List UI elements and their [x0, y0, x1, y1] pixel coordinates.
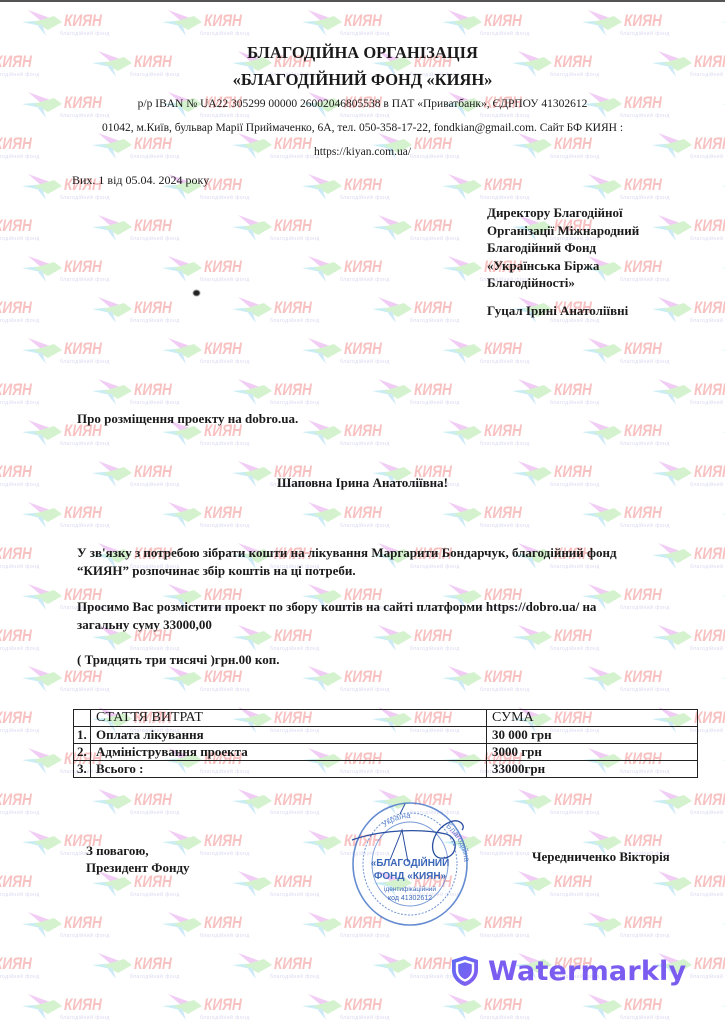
addressee-block: Директору Благодійної Організації Міжнар…	[487, 204, 639, 292]
letter-subject: Про розміщення проекту на dobro.ua.	[77, 411, 298, 427]
svg-text:ідентифікаційний: ідентифікаційний	[384, 885, 436, 893]
body-line: “КИЯН” розпочинає збір коштів на ці потр…	[77, 562, 677, 580]
amount-in-words: ( Тридцять три тисячі )грн.00 коп.	[77, 651, 677, 669]
watermarkly-label: Watermarkly	[488, 956, 686, 987]
addressee-name: Гуцал Ірині Анатоліївні	[487, 303, 628, 319]
body-paragraph-2: Просимо Вас розмістити проект по збору к…	[77, 598, 677, 634]
shield-icon	[450, 955, 480, 987]
org-title-line2: «БЛАГОДІЙНИЙ ФОНД «КИЯН»	[0, 70, 725, 90]
org-title-line1: БЛАГОДІЙНА ОРГАНІЗАЦІЯ	[0, 43, 725, 63]
ink-speck	[193, 290, 200, 296]
svg-text:Україна: Україна	[380, 811, 411, 829]
signer-position: Президент Фонду	[86, 859, 190, 876]
row-item: Всього :	[91, 761, 487, 778]
table-row: 3. Всього : 33000грн	[74, 761, 698, 778]
table-row: 1. Оплата лікування 30 000 грн	[74, 727, 698, 744]
row-sum: 30 000 грн	[487, 727, 698, 744]
body-line: У зв'язку з потребою зібрати кошти на лі…	[77, 544, 677, 562]
row-item: Оплата лікування	[91, 727, 487, 744]
costs-table: СТАТТЯ ВИТРАТ СУМА 1. Оплата лікування 3…	[73, 709, 698, 778]
svg-text:код 41302612: код 41302612	[388, 895, 432, 902]
bank-details: р/р IBAN № UA22 305299 00000 26002046805…	[0, 98, 725, 110]
body-paragraph-1: У зв'язку з потребою зібрати кошти на лі…	[77, 544, 677, 580]
header-item: СТАТТЯ ВИТРАТ	[91, 710, 487, 727]
body-line: Просимо Вас розмістити проект по збору к…	[77, 598, 677, 616]
body-line: загальну суму 33000,00	[77, 616, 677, 634]
table-row: 2. Адміністрування проекта 3000 грн	[74, 744, 698, 761]
addressee-line: «Українська Біржа	[487, 257, 639, 275]
org-address: 01042, м.Київ, бульвар Марії Приймаченко…	[0, 122, 725, 134]
row-sum: 33000грн	[487, 761, 698, 778]
addressee-line: Благодійний Фонд	[487, 239, 639, 257]
svg-text:ФОНД «КИЯН»: ФОНД «КИЯН»	[374, 871, 447, 882]
closing: З повагою,	[86, 842, 190, 859]
row-num: 3.	[74, 761, 91, 778]
row-num: 1.	[74, 727, 91, 744]
org-website: https://kiyan.com.ua/	[0, 146, 725, 158]
header-num	[74, 710, 91, 727]
table-header-row: СТАТТЯ ВИТРАТ СУМА	[74, 710, 698, 727]
row-num: 2.	[74, 744, 91, 761]
header-sum: СУМА	[487, 710, 698, 727]
signature-block: З повагою, Президент Фонду	[86, 842, 190, 876]
salutation: Шаповна Ірина Анатоліївна!	[0, 475, 725, 491]
row-sum: 3000 грн	[487, 744, 698, 761]
addressee-line: Благодійності»	[487, 274, 639, 292]
signer-name: Чередниченко Вікторія	[532, 849, 670, 865]
svg-text:«БЛАГОДІЙНИЙ: «БЛАГОДІЙНИЙ	[371, 856, 450, 869]
letter-page: БЛАГОДІЙНА ОРГАНІЗАЦІЯ «БЛАГОДІЙНИЙ ФОНД…	[0, 0, 725, 1024]
official-stamp: Україна Благодійна «БЛАГОДІЙНИЙ ФОНД «КИ…	[350, 800, 470, 928]
addressee-line: Організації Міжнародний	[487, 222, 639, 240]
outgoing-reference: Вих. 1 від 05.04. 2024 року	[72, 173, 209, 188]
row-item: Адміністрування проекта	[91, 744, 487, 761]
watermarkly-overlay: Watermarkly	[450, 955, 686, 987]
stamp-seal-icon: Україна Благодійна «БЛАГОДІЙНИЙ ФОНД «КИ…	[350, 800, 470, 928]
addressee-line: Директору Благодійної	[487, 204, 639, 222]
